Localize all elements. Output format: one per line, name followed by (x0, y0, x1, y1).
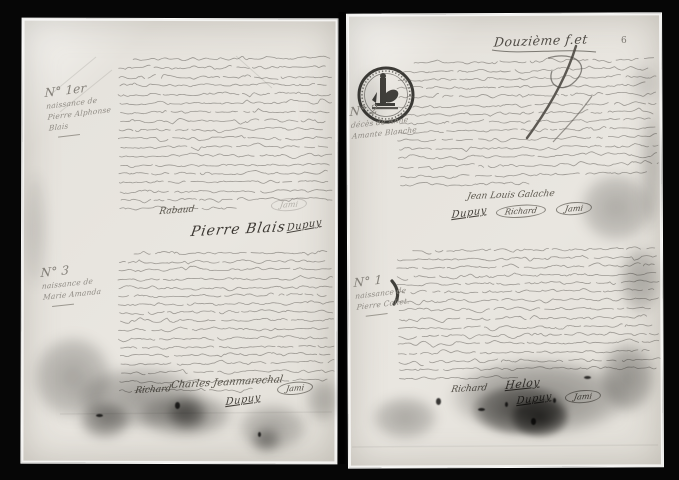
handwritten-act-right-act-1 (396, 56, 659, 197)
sig-richard-1: Richard (134, 384, 171, 396)
margin-note-left-note-1: N° 1ernaissance dePierre AlphonseBlais (44, 80, 114, 138)
page-number: 6 (621, 36, 627, 46)
margin-note-right-note-2: N° 1naissance dePierre Collet. (353, 271, 411, 317)
margin-note-left-note-2: N° 3naissance deMarie Amanda (40, 262, 102, 308)
handwritten-act-left-act-1 (118, 55, 333, 221)
handwritten-act-right-act-2 (396, 245, 660, 391)
margin-note-right-note-1: N° 2décès de AnneAmante Blanche (349, 100, 417, 142)
scanned-register-spread: Douzième f.et 6 N° 1ernaissance dePierre… (0, 0, 679, 480)
sig-richard-3: Richard (450, 383, 487, 395)
